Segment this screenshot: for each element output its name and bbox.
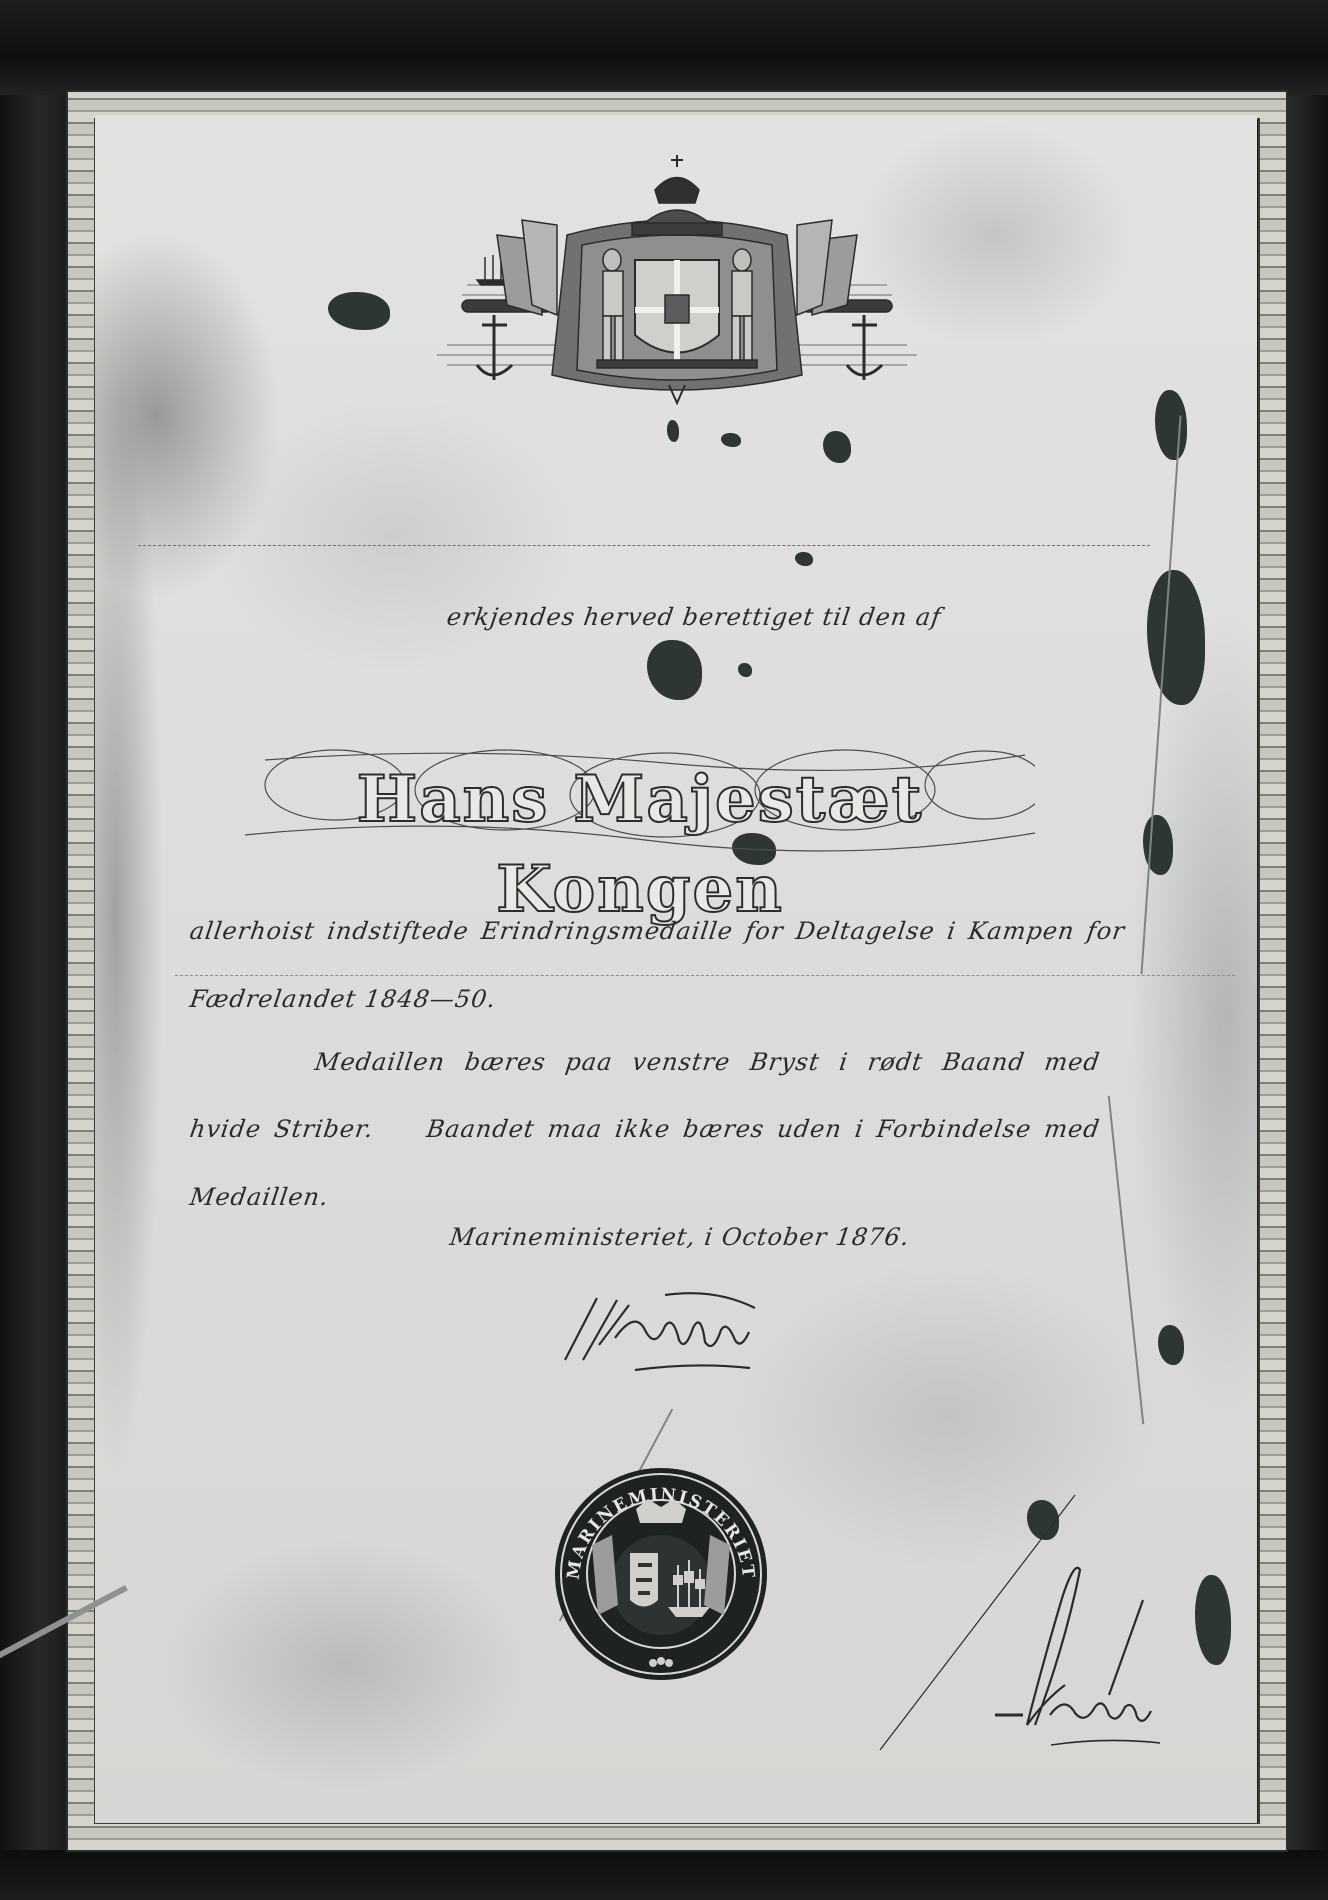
body-line-2: Fædrelandet 1848—50. bbox=[188, 985, 498, 1013]
body-line-1: allerhoist indstiftede Erindringsmedaill… bbox=[188, 917, 1127, 945]
signature-haffner: W. Haffner bbox=[555, 1290, 785, 1385]
signature-ravn: Ravn bbox=[875, 1485, 1185, 1755]
word: i bbox=[838, 1048, 851, 1076]
ink-stain bbox=[1158, 1325, 1184, 1365]
word: Deltagelse bbox=[794, 917, 937, 945]
word: Baandet bbox=[425, 1115, 537, 1143]
paper-crack bbox=[1108, 1096, 1144, 1424]
word: i bbox=[945, 917, 958, 945]
word: bæres bbox=[681, 1115, 766, 1143]
fold-line bbox=[175, 975, 1235, 976]
word: Baand bbox=[941, 1048, 1027, 1076]
body-line-4: hvide Striber. Baandet maa ikke bæres ud… bbox=[188, 1115, 1102, 1143]
body-line-3: Medaillen bæres paa venstre Bryst i rødt… bbox=[313, 1048, 1102, 1076]
title-hans-majestaet-kongen: Hans Majestæt Kongen bbox=[245, 755, 1035, 845]
intro-line: erkjendes herved berettiget til den af bbox=[445, 603, 943, 631]
water-stain bbox=[328, 292, 390, 330]
ink-stain bbox=[1155, 390, 1187, 460]
word: ikke bbox=[613, 1115, 672, 1143]
word: uden bbox=[776, 1115, 844, 1143]
word: Striber. bbox=[272, 1115, 375, 1143]
word: for bbox=[1085, 917, 1127, 945]
name-blank-line bbox=[138, 545, 1150, 546]
body-line-5: Medaillen. bbox=[188, 1183, 331, 1211]
word: Kampen bbox=[967, 917, 1077, 945]
word: for bbox=[744, 917, 786, 945]
word: paa bbox=[564, 1048, 615, 1076]
word: Forbindelse bbox=[875, 1115, 1033, 1143]
certificate-paper: erkjendes herved berettiget til den af H… bbox=[95, 115, 1257, 1823]
word: med bbox=[1043, 1115, 1102, 1143]
word: rødt bbox=[866, 1048, 925, 1076]
word: allerhoist bbox=[188, 917, 317, 945]
royal-coat-of-arms-icon bbox=[407, 145, 947, 415]
ink-stain bbox=[647, 640, 702, 700]
marineministeriet-seal-icon: MARINEMINISTERIET bbox=[552, 1465, 770, 1683]
word: maa bbox=[546, 1115, 604, 1143]
word: bæres bbox=[463, 1048, 548, 1076]
ink-stain bbox=[795, 552, 813, 566]
frame-bottom-rail bbox=[0, 1850, 1328, 1900]
word: Bryst bbox=[748, 1048, 822, 1076]
word: med bbox=[1043, 1048, 1102, 1076]
ink-stain bbox=[738, 663, 752, 677]
ink-stain bbox=[823, 431, 851, 463]
ink-stain bbox=[667, 420, 679, 442]
word: indstiftede bbox=[325, 917, 470, 945]
title-text: Hans Majestæt Kongen bbox=[245, 755, 1035, 935]
ink-stain bbox=[1195, 1575, 1231, 1665]
place-date: Marineministeriet, i October 1876. bbox=[448, 1223, 912, 1251]
word: hvide bbox=[188, 1115, 263, 1143]
word: i bbox=[853, 1115, 866, 1143]
ink-stain bbox=[721, 433, 741, 447]
word: Medaillen bbox=[313, 1048, 447, 1076]
ink-stain bbox=[1147, 570, 1205, 705]
frame-top-rail bbox=[0, 0, 1328, 95]
word: Erindringsmedaille bbox=[479, 917, 735, 945]
word: venstre bbox=[630, 1048, 732, 1076]
